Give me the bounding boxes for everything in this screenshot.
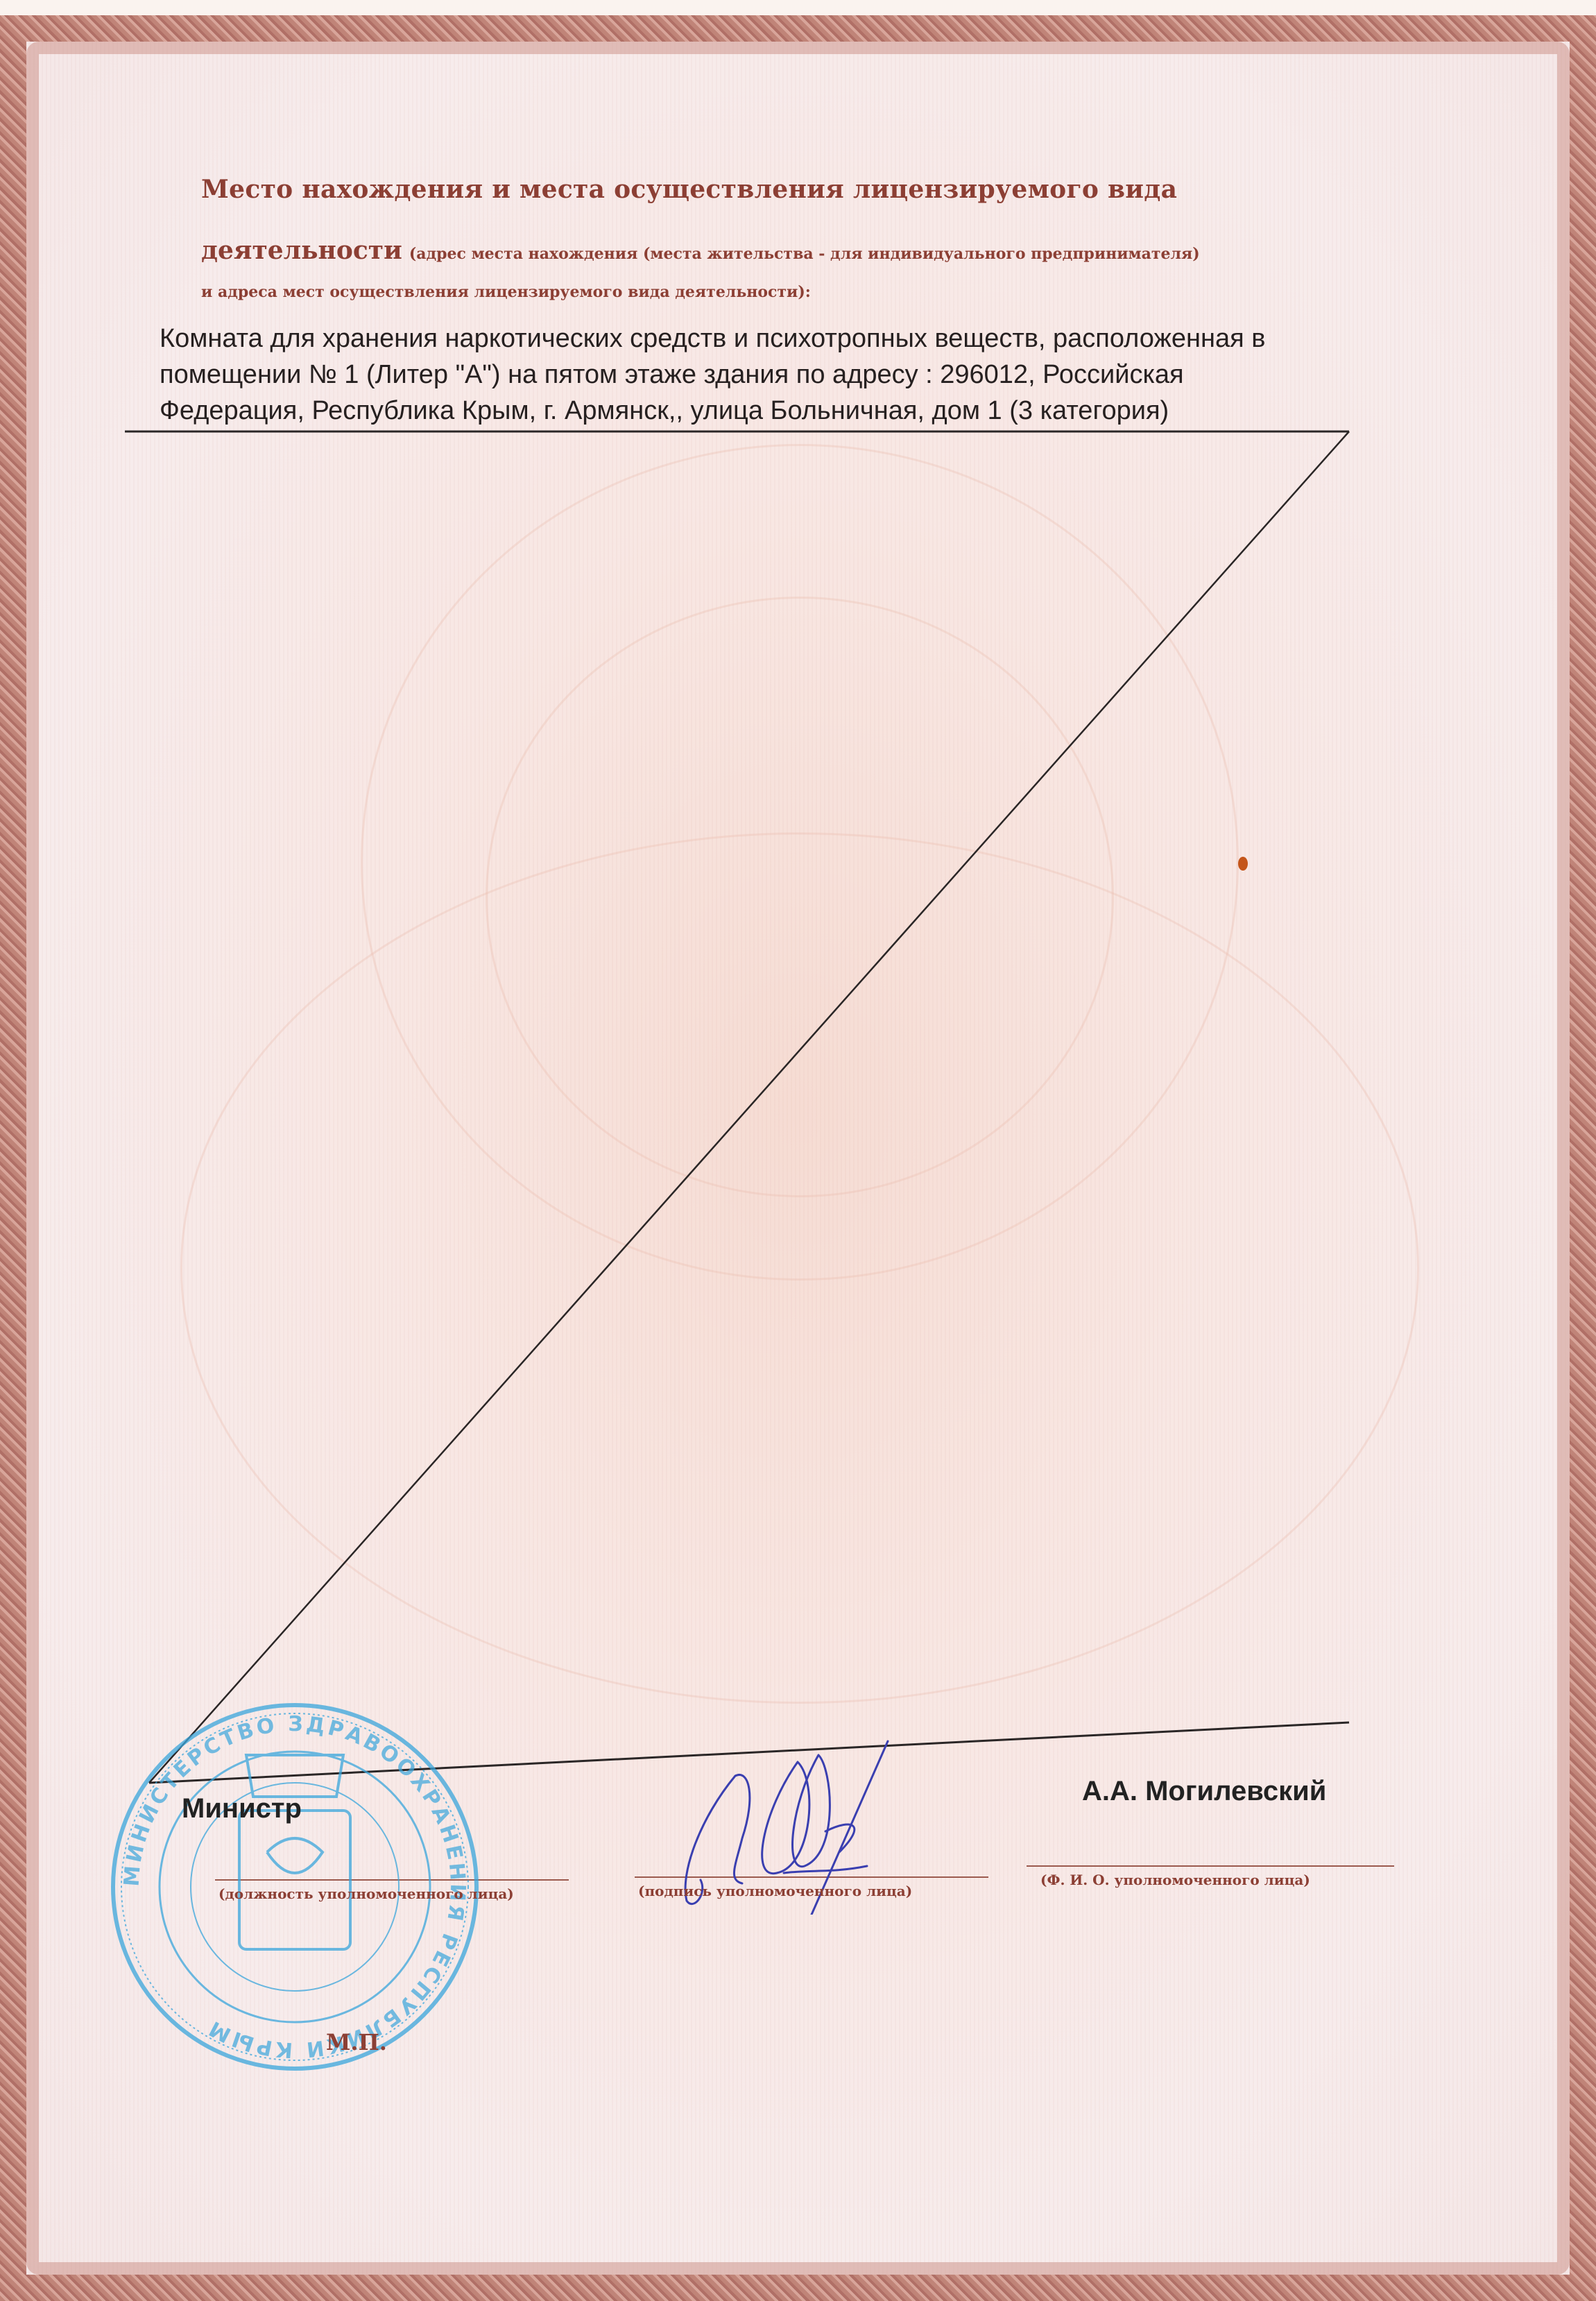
signature-caption: (подпись уполномоченного лица): [638, 1883, 912, 1899]
licensed-address: Комната для хранения наркотических средс…: [160, 320, 1477, 429]
header-note-line3: и адреса мест осуществления лицензируемо…: [201, 283, 811, 301]
signer-name: А.А. Могилевский: [1082, 1776, 1326, 1807]
header-title-bold: деятельности: [201, 236, 402, 265]
address-line: Федерация, Республика Крым, г. Армянск,,…: [160, 393, 1477, 429]
watermark-outer-ring: [180, 832, 1419, 1704]
header-title-line2: деятельности(адрес места нахождения (мес…: [201, 236, 1200, 265]
address-line: Комната для хранения наркотических средс…: [160, 320, 1477, 357]
address-line: помещении № 1 (Литер "А") на пятом этаже…: [160, 357, 1477, 393]
header-title-line1: Место нахождения и места осуществления л…: [201, 175, 1177, 204]
position-caption: (должность уполномоченного лица): [218, 1885, 514, 1902]
name-caption: (Ф. И. О. уполномоченного лица): [1040, 1872, 1310, 1888]
seal-place-label: М.П.: [326, 2029, 387, 2055]
header-note: (адрес места нахождения (места жительств…: [409, 245, 1200, 263]
position-value: Министр: [182, 1793, 302, 1824]
ink-spot: [1238, 857, 1248, 871]
